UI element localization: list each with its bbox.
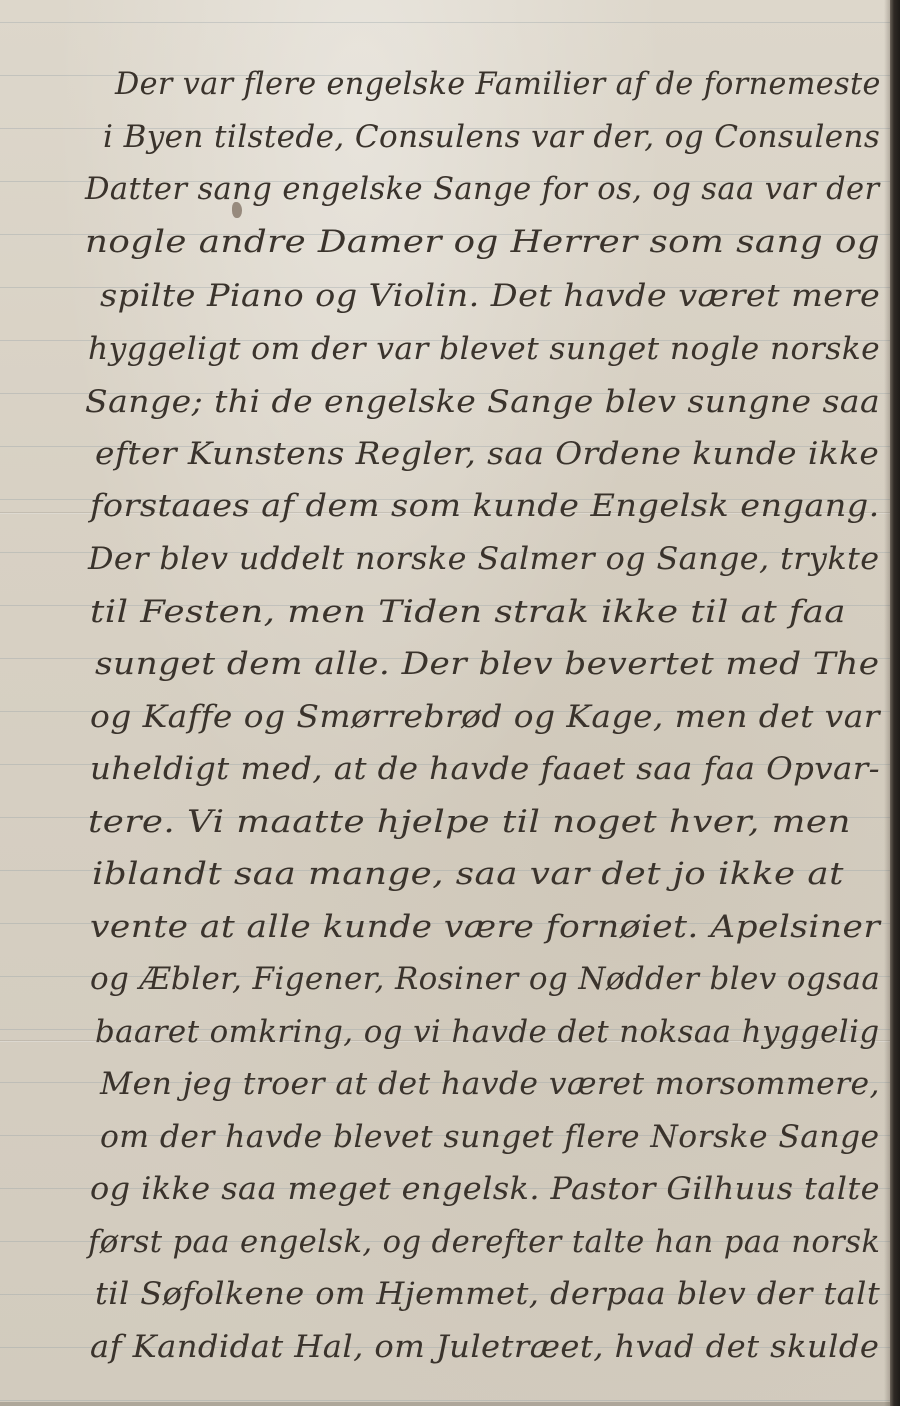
text-line: baaret omkring, og vi havde det noksaa h… (95, 1014, 880, 1050)
text-line: vente at alle kunde være fornøiet. Apels… (90, 909, 880, 945)
text-line: af Kandidat Hal, om Juletræet, hvad det … (90, 1329, 879, 1365)
text-line: Der blev uddelt norske Salmer og Sange, … (88, 541, 879, 577)
text-line: tere. Vi maatte hjelpe til noget hver, m… (88, 804, 851, 840)
text-line: først paa engelsk, og derefter talte han… (88, 1224, 880, 1260)
ruled-line (0, 22, 890, 23)
text-line: til Festen, men Tiden strak ikke til at … (90, 594, 846, 630)
text-line: sunget dem alle. Der blev bevertet med T… (95, 646, 880, 682)
text-line: efter Kunstens Regler, saa Ordene kunde … (95, 436, 879, 472)
text-line: og ikke saa meget engelsk. Pastor Gilhuu… (90, 1171, 880, 1207)
text-line: i Byen tilstede, Consulens var der, og C… (103, 119, 880, 155)
text-line: iblandt saa mange, saa var det jo ikke a… (92, 856, 844, 892)
text-line: Sange; thi de engelske Sange blev sungne… (85, 384, 880, 420)
text-line: hyggeligt om der var blevet sunget nogle… (88, 331, 880, 367)
text-line: uheldigt med, at de havde faaet saa faa … (90, 751, 880, 787)
letter-page: Der var flere engelske Familier af de fo… (0, 0, 900, 1406)
text-line: til Søfolkene om Hjemmet, derpaa blev de… (95, 1276, 880, 1312)
page-bottom-edge (0, 1402, 890, 1406)
page-right-border (890, 0, 900, 1406)
text-line: Der var flere engelske Familier af de fo… (115, 66, 881, 102)
text-line: og Æbler, Figener, Rosiner og Nødder ble… (90, 961, 880, 997)
text-line: Datter sang engelske Sange for os, og sa… (85, 171, 880, 207)
text-line: forstaaes af dem som kunde Engelsk engan… (90, 488, 880, 524)
text-line: Men jeg troer at det havde været morsomm… (100, 1066, 880, 1102)
ruled-line (0, 1400, 890, 1401)
text-line: om der havde blevet sunget flere Norske … (100, 1119, 880, 1155)
text-line: og Kaffe og Smørrebrød og Kage, men det … (90, 699, 880, 735)
text-line: spilte Piano og Violin. Det havde været … (100, 278, 880, 314)
text-line: nogle andre Damer og Herrer som sang og (85, 224, 880, 260)
